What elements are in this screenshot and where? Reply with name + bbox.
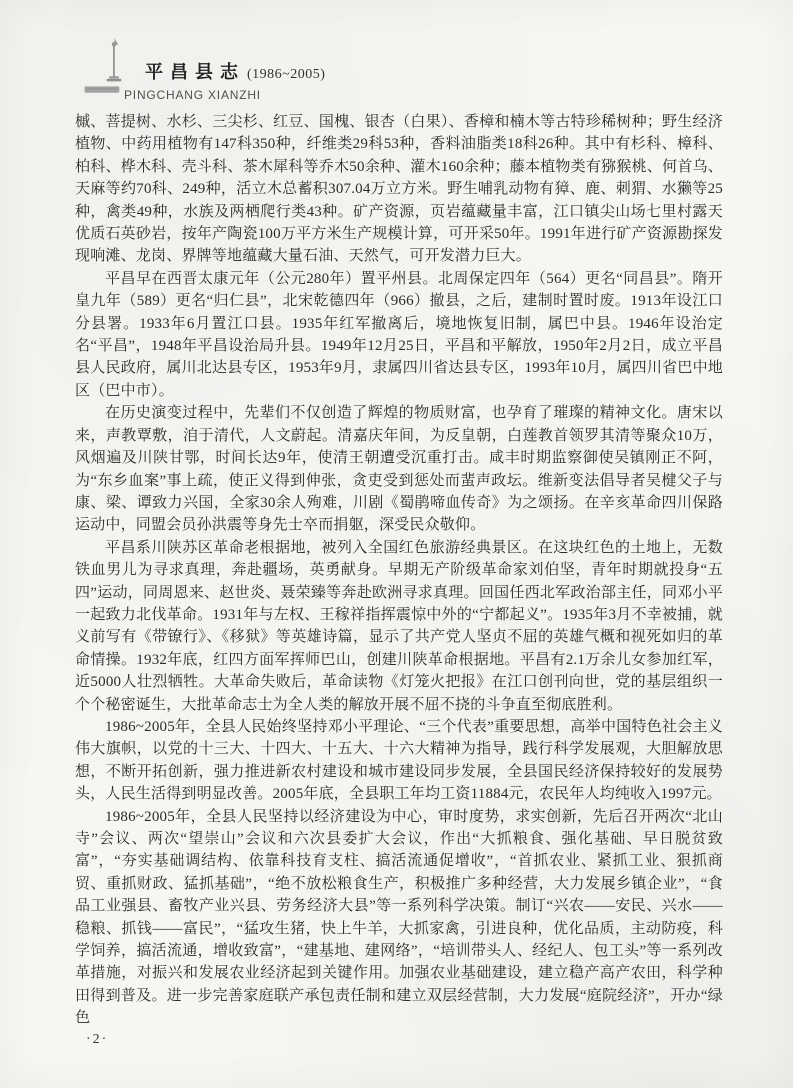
paragraph-county-history: 平昌早在西晋太康元年（公元280年）置平州县。北周保定四年（564）更名“同昌县… bbox=[75, 268, 723, 402]
book-subtitle-romanized: PINGCHANG XIANZHI bbox=[124, 88, 261, 102]
page-body: 槭、菩提树、水杉、三尖杉、红豆、国槐、银杏（白果）、香樟和楠木等古特珍稀树种；野… bbox=[75, 111, 723, 1030]
page-number: ·2· bbox=[86, 1032, 108, 1048]
paragraph-cultural-heritage: 在历史演变过程中，先辈们不仅创造了辉煌的物质财富，也孕育了璀璨的精神文化。唐宋以… bbox=[75, 402, 723, 536]
scanned-document-page: 平昌县志(1986~2005) PINGCHANG XIANZHI 槭、菩提树、… bbox=[0, 0, 793, 1088]
book-title-years: (1986~2005) bbox=[247, 67, 325, 82]
paragraph-flora-fauna-minerals: 槭、菩提树、水杉、三尖杉、红豆、国槐、银杏（白果）、香樟和楠木等古特珍稀树种；野… bbox=[75, 111, 723, 268]
paragraph-development-1986-2005: 1986~2005年，全县人民始终坚持邓小平理论、“三个代表”重要思想，高举中国… bbox=[75, 716, 723, 806]
book-title-row: 平昌县志(1986~2005) bbox=[145, 58, 325, 84]
paragraph-economic-policy: 1986~2005年，全县人民坚持以经济建设为中心，审时度势，求实创新，先后召开… bbox=[75, 806, 723, 1030]
book-title: 平昌县志 bbox=[145, 62, 245, 82]
paragraph-revolutionary-base: 平昌系川陕苏区革命老根据地，被列入全国红色旅游经典景区。在这块红色的土地上，无数… bbox=[75, 537, 723, 716]
